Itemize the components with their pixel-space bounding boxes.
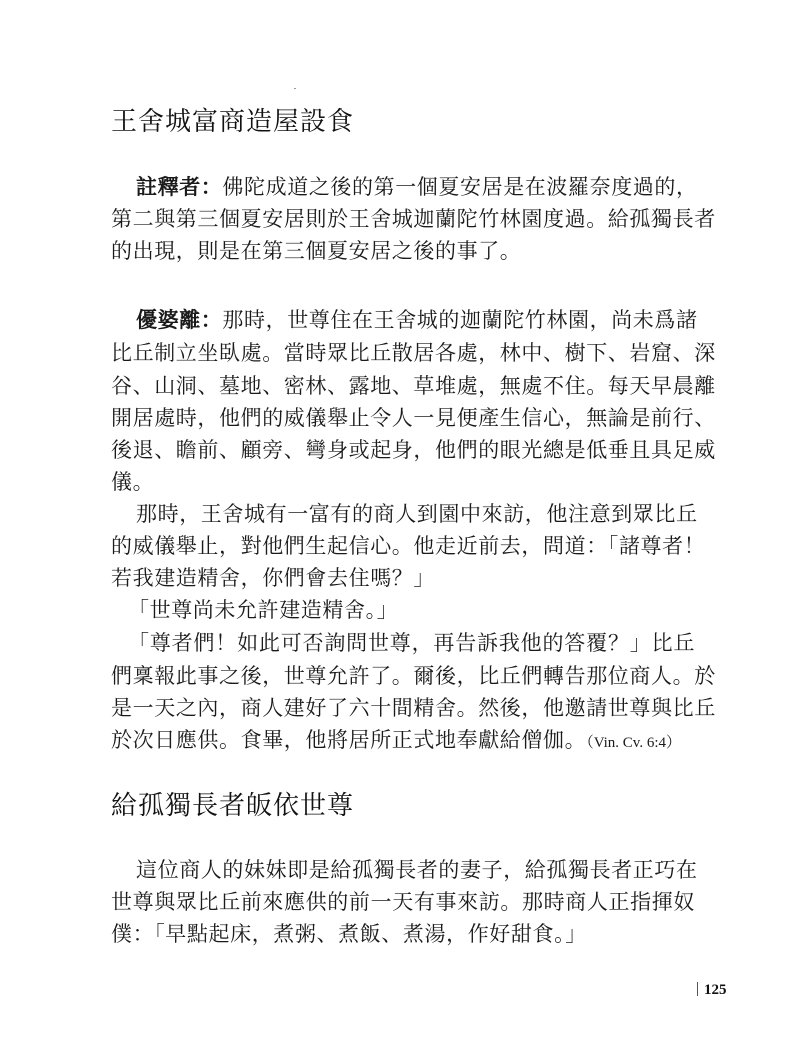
book-page: 王舍城富商造屋設食 註釋者：佛陀成道之後的第一個夏安居是在波羅奈度過的， 第二與… [0, 0, 792, 1056]
paragraph-line: 註釋者：佛陀成道之後的第一個夏安居是在波羅奈度過的， [136, 174, 695, 200]
paragraph-line: 們稟報此事之後，世尊允許了。爾後，比丘們轉告那位商人。於 [111, 663, 695, 689]
paragraph-line: 若我建造精舍，你們會去住嗎？」 [111, 565, 695, 591]
paragraph-line: 僕：「早點起床，煮粥、煮飯、煮湯，作好甜食。」 [111, 921, 695, 947]
paragraph-line: 的威儀舉止，對他們生起信心。他走近前去，問道：「諸尊者！ [111, 533, 695, 559]
paragraph-line: 谷、山洞、墓地、密林、露地、草堆處，無處不住。每天早晨離 [111, 373, 695, 399]
paragraph-line: 比丘制立坐臥處。當時眾比丘散居各處，林中、樹下、岩窟、深 [111, 340, 695, 366]
paragraph-line: 那時，王舍城有一富有的商人到園中來訪，他注意到眾比丘 [136, 501, 695, 527]
scan-speck [294, 88, 296, 89]
paragraph-line: 後退、瞻前、顧旁、彎身或起身，他們的眼光總是低垂且具足威 [111, 437, 695, 463]
page-number: 125 [697, 982, 727, 999]
paragraph-line: 儀。 [111, 469, 695, 495]
paragraph-line: 優婆離：那時，世尊住在王舍城的迦蘭陀竹林園，尚未爲諸 [136, 307, 695, 333]
paragraph-line: 的出現，則是在第三個夏安居之後的事了。 [111, 238, 695, 264]
speaker-label: 優婆離： [136, 307, 222, 332]
section-heading-merchant-builds-dwellings: 王舍城富商造屋設食 [111, 106, 354, 138]
citation: （Vin. Cv. 6:4） [586, 735, 681, 751]
paragraph-line: 於次日應供。食畢，他將居所正式地奉獻給僧伽。（Vin. Cv. 6:4） [111, 727, 695, 753]
section-heading-anathapindika-takes-refuge: 給孤獨長者皈依世尊 [111, 790, 354, 822]
speaker-label: 註釋者： [136, 174, 222, 199]
folio-divider [697, 982, 698, 996]
paragraph-line: 開居處時，他們的威儀舉止令人一見便產生信心，無論是前行、 [111, 405, 695, 431]
paragraph-line: 第二與第三個夏安居則於王舍城迦蘭陀竹林園度過。給孤獨長者 [111, 206, 695, 232]
paragraph-line: 「尊者們！如此可否詢問世尊，再告訴我他的答覆？」比丘 [128, 630, 695, 656]
paragraph-line: 是一天之內，商人建好了六十間精舍。然後，他邀請世尊與比丘 [111, 695, 695, 721]
paragraph-line: 「世尊尚未允許建造精舍。」 [128, 597, 695, 623]
paragraph-line: 世尊與眾比丘前來應供的前一天有事來訪。那時商人正指揮奴 [111, 889, 695, 915]
paragraph-line: 這位商人的妹妹即是給孤獨長者的妻子，給孤獨長者正巧在 [136, 857, 695, 883]
